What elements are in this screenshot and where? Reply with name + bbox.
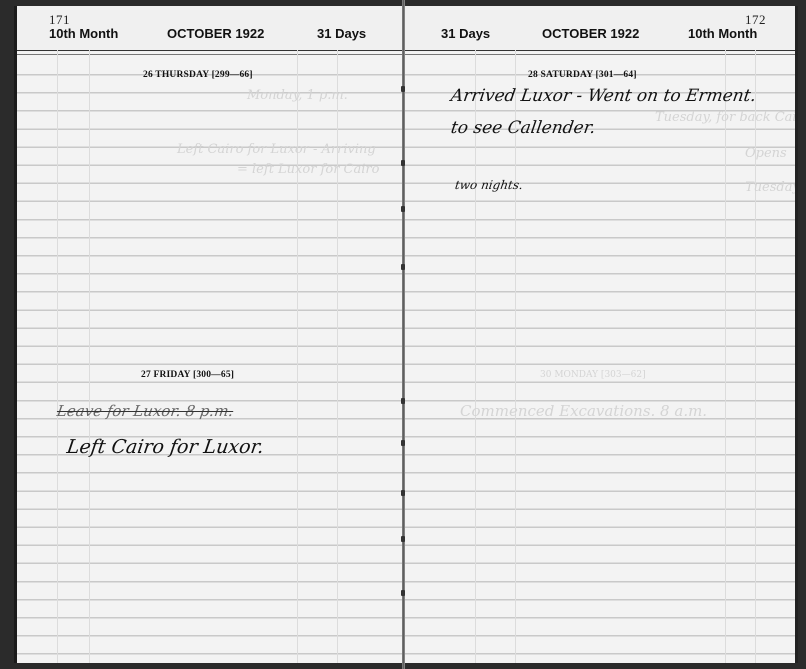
book-spine (402, 0, 405, 669)
day-label-thursday: 26 THURSDAY [299—66] (143, 70, 253, 80)
bleed-through-text: Monday, 1 p.m. (247, 88, 348, 103)
handwritten-entry: to see Callender. (450, 118, 597, 138)
day-label-saturday: 28 SATURDAY [301—64] (528, 70, 637, 80)
handwritten-entry-small: two nights. (454, 178, 524, 192)
binding-stitch (401, 440, 405, 446)
right-column-rule (475, 50, 476, 663)
binding-stitch (401, 86, 405, 92)
right-column-rule (515, 50, 516, 663)
left-page-title: OCTOBER 1922 (167, 26, 264, 41)
bleed-through-text: Tuesday, for back Cairo (655, 110, 798, 125)
binding-stitch (401, 536, 405, 542)
left-header-rule (17, 50, 404, 55)
handwritten-entry: Left Cairo for Luxor. (65, 436, 265, 458)
right-days-label: 31 Days (441, 26, 490, 41)
right-header-rule (405, 50, 795, 55)
binding-stitch (401, 490, 405, 496)
binding-stitch (401, 398, 405, 404)
left-page: 171 10th Month OCTOBER 1922 31 Days Mond… (14, 6, 404, 663)
left-month-label: 10th Month (49, 26, 118, 41)
day-label-friday: 27 FRIDAY [300—65] (141, 370, 234, 380)
bleed-through-text: = left Luxor for Cairo (237, 162, 379, 177)
left-days-label: 31 Days (317, 26, 366, 41)
handwritten-entry: Arrived Luxor - Went on to Erment. (450, 86, 758, 106)
diary-spread: 171 10th Month OCTOBER 1922 31 Days Mond… (0, 0, 806, 669)
right-page-header: 172 31 Days OCTOBER 1922 10th Month (405, 6, 795, 52)
right-column-rule (725, 50, 726, 663)
right-page: 172 31 Days OCTOBER 1922 10th Month Tues… (405, 6, 798, 663)
left-column-rule (89, 50, 90, 663)
right-month-label: 10th Month (688, 26, 757, 41)
binding-stitch (401, 160, 405, 166)
right-column-rule (755, 50, 756, 663)
handwritten-entry-struck: Leave for Luxor. 8 p.m. (56, 402, 235, 420)
left-margin-rule (57, 50, 58, 663)
bleed-through-text: Left Cairo for Luxor - Arriving (177, 142, 376, 157)
right-page-title: OCTOBER 1922 (542, 26, 639, 41)
right-ruled-lines (405, 58, 795, 663)
bleed-through-text: Tuesday (745, 180, 798, 195)
binding-stitch (401, 590, 405, 596)
bleed-through-text: Commenced Excavations. 8 a.m. (460, 402, 707, 420)
bleed-through-text: Opens (745, 146, 787, 161)
binding-stitch (401, 206, 405, 212)
left-page-header: 171 10th Month OCTOBER 1922 31 Days (17, 6, 404, 52)
binding-stitch (401, 264, 405, 270)
bleed-through-day-label: 30 MONDAY [303—62] (540, 370, 646, 380)
